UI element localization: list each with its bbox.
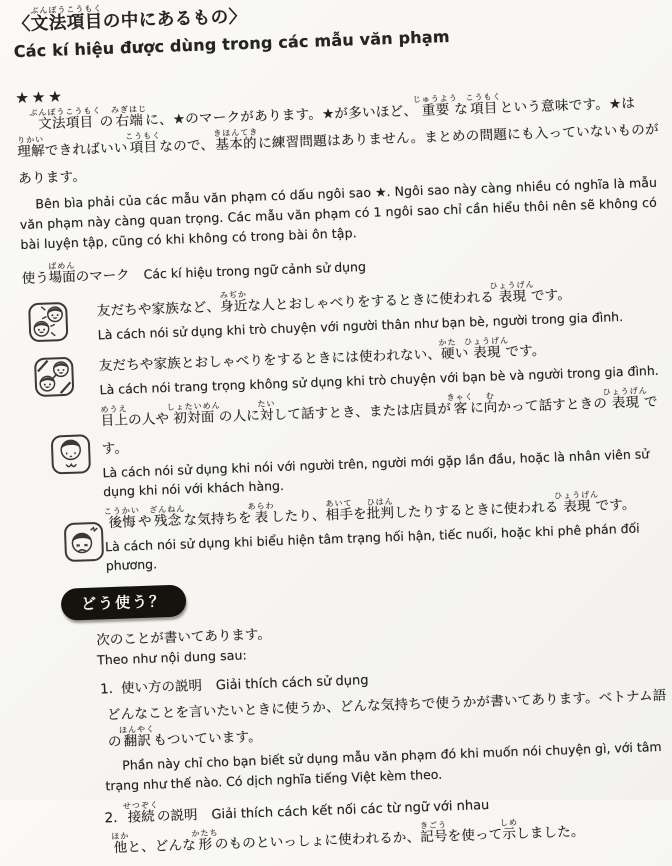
no-casual-chat-icon [32, 355, 75, 398]
mark-icon-cell [23, 299, 98, 344]
page-header: 〈文法項目ぶんぽうこうもくの中にあるもの〉 Các kí hiệu được d… [12, 0, 656, 63]
item-title-vietnamese: Giải thích cách sử dụng [216, 673, 369, 693]
marks-heading-vietnamese: Các kí hiệu trong ngữ cảnh sử dụng [143, 259, 366, 282]
howto-item-usage: 1.使い方の説明Giải thích cách sử dụng どんなことを言い… [100, 657, 672, 796]
item-title-japanese: 使い方の説明 [121, 678, 203, 697]
mark-text: 目上めうえの人や初対面しょたいめんの人に対たいして話すとき、または店員が客きゃく… [100, 385, 671, 501]
how-to-use-badge: どう使う？ [61, 584, 187, 620]
usage-marks-section: 使う場面ばめんのマークCác kí hiệu trong ngữ cảnh sử… [21, 241, 672, 578]
star-rating-section: ★★★ 文法項目ぶんぽうこうもくの右端みぎはじに、★のマークがあります。★が多い… [15, 67, 662, 255]
polite-bow-icon [49, 433, 92, 476]
item-number: 1. [100, 681, 113, 697]
mark-item-regret: 後悔こうかいや残念ざんねんな気持ちを表あらわしたり、相手あいてを批判ひはんしたり… [30, 487, 672, 577]
marks-heading-japanese: 使う場面ばめんのマーク [21, 267, 129, 287]
scanned-textbook-page: 〈文法項目ぶんぽうこうもくの中にあるもの〉 Các kí hiệu được d… [0, 0, 672, 800]
friends-chat-icon [27, 300, 70, 343]
regret-face-icon [62, 520, 105, 563]
mark-icon-cell [30, 520, 105, 565]
mark-text: 後悔こうかいや残念ざんねんな気持ちを表あらわしたり、相手あいてを批判ひはんしたり… [104, 487, 672, 575]
how-to-use-section: どう使う？ 次のことが書いてあります。 Theo như nội dung sa… [33, 567, 672, 800]
mark-item-polite: 目上めうえの人や初対面しょたいめんの人に対たいして話すとき、または店員が客きゃく… [26, 385, 671, 503]
mark-icon-cell [27, 432, 102, 477]
mark-icon-cell [24, 354, 99, 399]
